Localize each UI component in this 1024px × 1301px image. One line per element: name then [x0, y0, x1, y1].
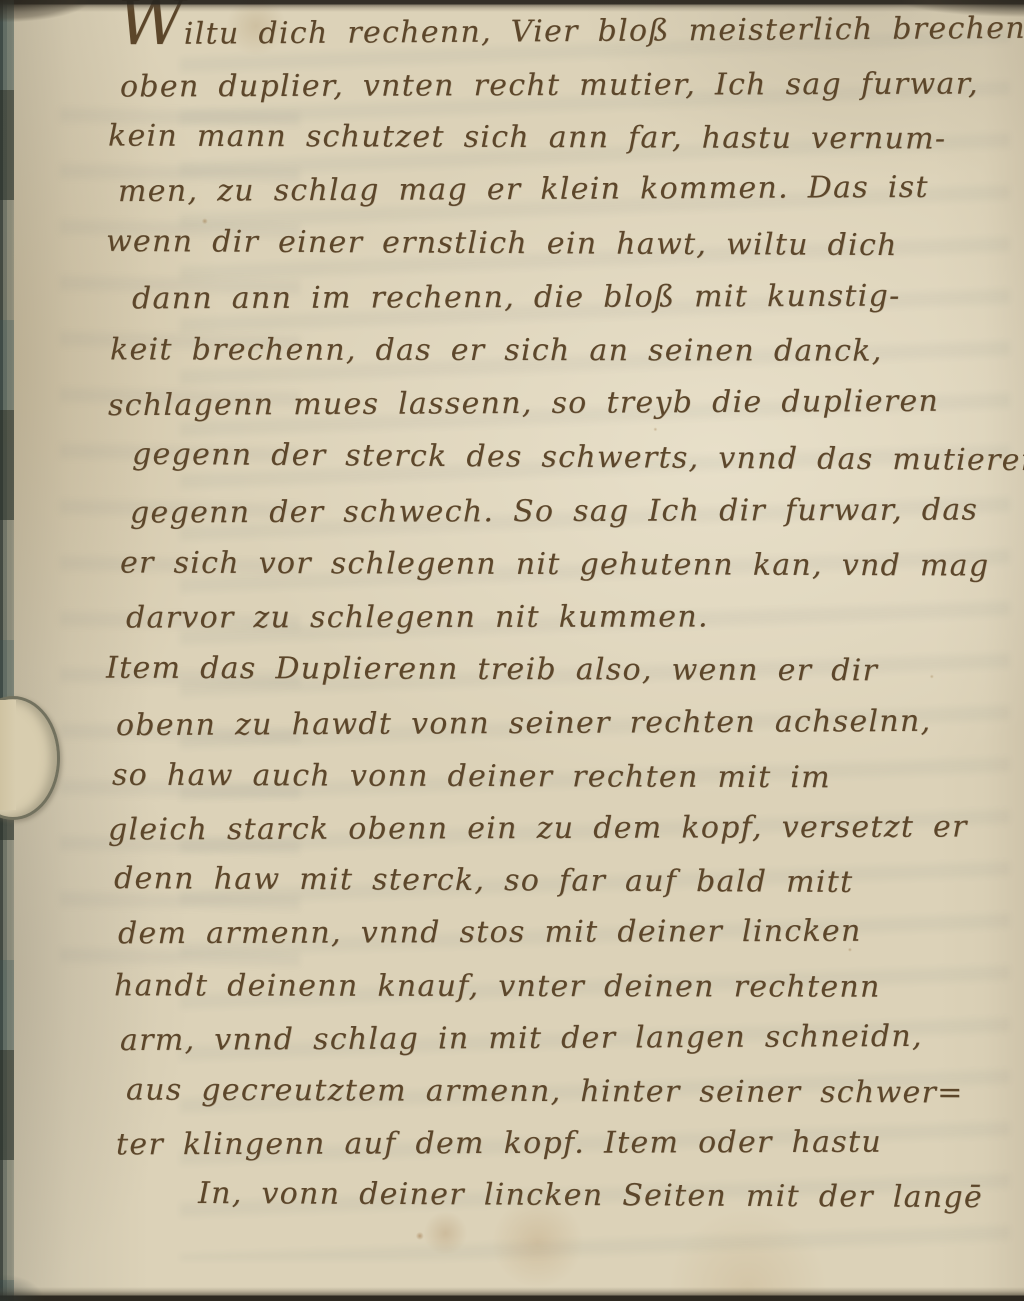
manuscript-line: Item das Duplierenn treib also, wenn er … [106, 651, 878, 689]
manuscript-line: arm, vnnd schlag in mit der langen schne… [120, 1019, 923, 1058]
manuscript-line: so haw auch vonn deiner rechten mit im [112, 758, 831, 796]
manuscript-line: er sich vor schlegenn nit gehutenn kan, … [120, 545, 989, 583]
manuscript-line: kein mann schutzet sich ann far, hastu v… [108, 119, 946, 157]
manuscript-line: dann ann im rechenn, die bloß mit kunsti… [132, 279, 901, 317]
manuscript-line: oben duplier, vnten recht mutier, Ich sa… [120, 67, 979, 105]
page-edge-bottom [0, 1287, 1024, 1301]
manuscript-line: dem armenn, vnnd stos mit deiner lincken [118, 914, 862, 952]
page-corner-bottom-left [0, 1261, 60, 1301]
binding-edge-left [0, 0, 14, 1301]
binding-notch-fill [0, 700, 16, 810]
manuscript-line: schlagenn mues lassenn, so treyb die dup… [108, 384, 939, 423]
manuscript-line: darvor zu schlegenn nit kummen. [126, 599, 709, 635]
manuscript-line: men, zu schlag mag er klein kommen. Das … [118, 170, 929, 209]
manuscript-line: obenn zu hawdt vonn seiner rechten achse… [116, 704, 932, 743]
manuscript-line: aus gecreutztem armenn, hinter seiner sc… [126, 1073, 964, 1111]
manuscript-line: gleich starck obenn ein zu dem kopf, ver… [108, 809, 968, 847]
manuscript-line: gegenn der schwech. So sag Ich dir furwa… [130, 493, 978, 531]
manuscript-page: Wiltu dich rechenn, Vier bloß meisterlic… [0, 0, 1024, 1301]
manuscript-line: wenn dir einer ernstlich ein hawt, wiltu… [106, 224, 898, 263]
manuscript-line: ter klingenn auf dem kopf. Item oder has… [116, 1125, 882, 1163]
manuscript-line: handt deinenn knauf, vnter deinen rechte… [114, 968, 881, 1004]
page-corner-top-right [864, 0, 1024, 26]
manuscript-line: denn haw mit sterck, so far auf bald mit… [114, 861, 854, 900]
manuscript-line: In, vonn deiner lincken Seiten mit der l… [198, 1176, 983, 1215]
page-corner-top-left [0, 0, 120, 34]
manuscript-line: keit brechenn, das er sich an seinen dan… [110, 332, 883, 368]
handwritten-text-block: Wiltu dich rechenn, Vier bloß meisterlic… [0, 0, 1024, 1301]
manuscript-line: gegenn der sterck des schwerts, vnnd das… [132, 437, 1024, 478]
